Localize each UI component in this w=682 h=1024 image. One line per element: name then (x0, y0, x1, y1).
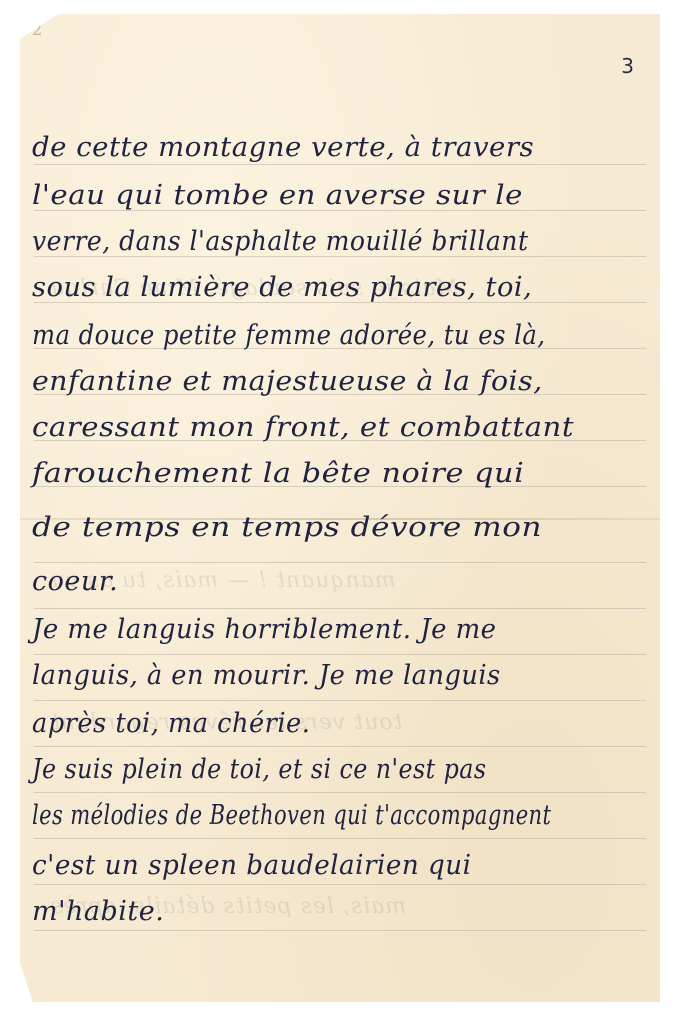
handwritten-line: verre, dans l'asphalte mouillé brillant (32, 226, 529, 257)
ruled-line (34, 838, 646, 839)
handwritten-line: l'eau qui tombe en averse sur le (32, 180, 523, 211)
ruled-line (34, 792, 646, 793)
ruled-line (34, 164, 646, 165)
ruled-line (34, 608, 646, 609)
handwritten-line: de cette montagne verte, à travers (32, 132, 534, 163)
handwritten-line: coeur. (32, 566, 118, 597)
page-number: 3 (621, 54, 634, 78)
handwritten-line: de temps en temps dévore mon (32, 512, 542, 543)
handwritten-line: languis, à en mourir. Je me languis (32, 660, 501, 691)
letter-page: 2 3 Mais je suis soulagé, Mme Carlou man… (20, 14, 660, 1002)
margin-mark: 2 (32, 20, 42, 39)
ruled-line (34, 930, 646, 931)
handwritten-line: m'habite. (32, 896, 164, 927)
handwritten-line: caressant mon front, et combattant (32, 412, 574, 443)
handwritten-line: Je suis plein de toi, et si ce n'est pas (32, 754, 486, 785)
ruled-line (34, 700, 646, 701)
handwritten-line: après toi, ma chérie. (32, 708, 310, 739)
ruled-line (34, 654, 646, 655)
ruled-line (34, 562, 646, 563)
ruled-line (34, 746, 646, 747)
ruled-line (34, 884, 646, 885)
handwritten-line: ma douce petite femme adorée, tu es là, (32, 320, 545, 351)
handwritten-line: c'est un spleen baudelairien qui (32, 850, 471, 881)
handwritten-line: les mélodies de Beethoven qui t'accompag… (32, 800, 551, 831)
handwritten-line: farouchement la bête noire qui (32, 458, 524, 489)
handwritten-line: Je me languis horriblement. Je me (32, 614, 497, 645)
handwritten-line: enfantine et majestueuse à la fois, (32, 366, 543, 397)
handwritten-line: sous la lumière de mes phares, toi, (32, 272, 532, 303)
